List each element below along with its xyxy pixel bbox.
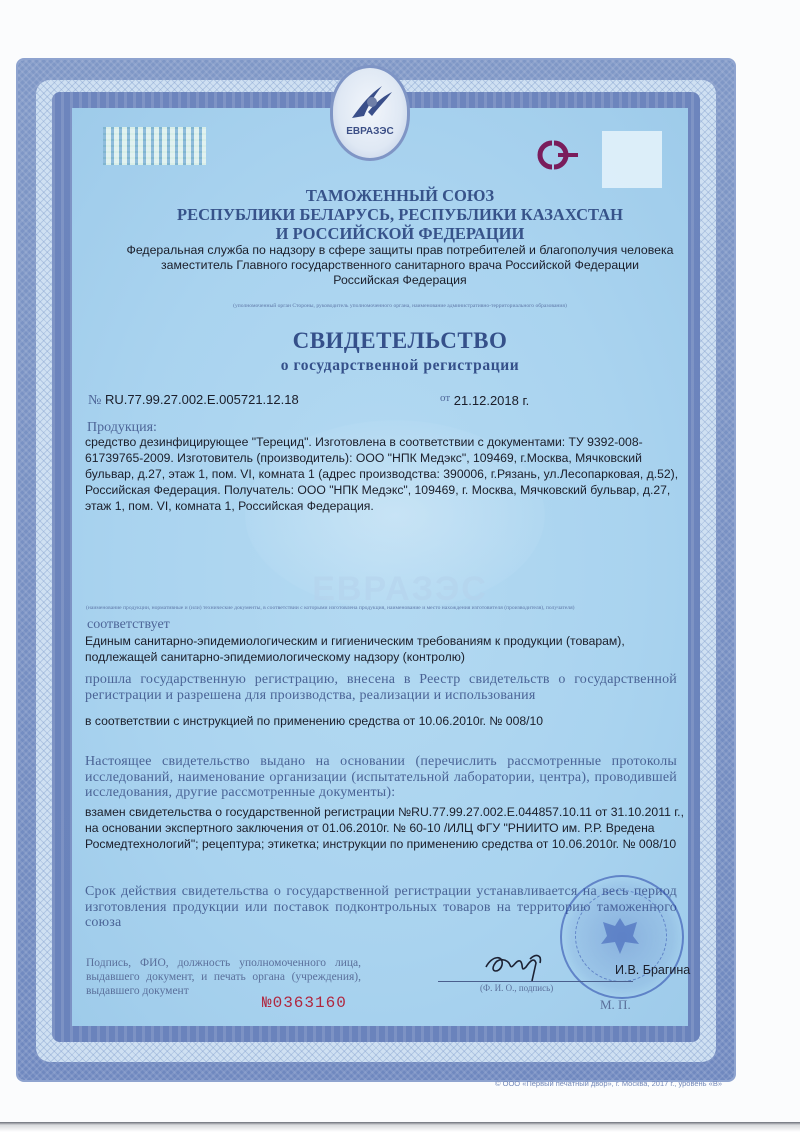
registration-date: от 21.12.2018 г. — [440, 392, 529, 408]
authority-line-3: Российская Федерация — [100, 273, 700, 289]
authority-line-2: заместитель Главного государственного са… — [100, 258, 700, 274]
coat-of-arms-icon — [595, 912, 645, 958]
basis-label: Настоящее свидетельство выдано на основа… — [85, 754, 677, 801]
product-description: средство дезинфицирующее "Терецид". Изго… — [85, 434, 690, 514]
blank-security-field — [602, 131, 662, 188]
watermark-label: ЕВРАЗЭС — [300, 570, 500, 609]
header-line-3: И РОССИЙСКОЙ ФЕДЕРАЦИИ — [100, 224, 700, 243]
header-line-1: ТАМОЖЕННЫЙ СОЮЗ — [100, 186, 700, 205]
registration-date-value: 21.12.2018 г. — [454, 393, 529, 408]
product-caption: (наименование продукции, нормативные и (… — [86, 605, 686, 611]
form-serial-number: №0363160 — [262, 994, 347, 1012]
basis-text: взамен свидетельства о государственной р… — [85, 804, 690, 852]
page-edge — [0, 1122, 800, 1132]
registry-instruction: в соответствии с инструкцией по применен… — [85, 713, 690, 729]
signature-label: Подпись, ФИО, должность уполномоченного … — [86, 956, 361, 998]
printer-imprint: © ООО «Первый печатный двор», г. Москва,… — [495, 1079, 722, 1088]
registration-number: № RU.77.99.27.002.E.005721.12.18 — [88, 392, 299, 409]
authority-line-1: Федеральная служба по надзору в сфере за… — [100, 243, 700, 259]
registration-number-value: RU.77.99.27.002.E.005721.12.18 — [105, 392, 299, 407]
authority-caption: (уполномоченный орган Стороны, руководит… — [100, 303, 700, 309]
date-prefix: от — [440, 392, 450, 404]
handwritten-signature-icon — [480, 945, 560, 985]
conformity-mark-icon — [528, 135, 588, 175]
header-line-2: РЕСПУБЛИКИ БЕЛАРУСЬ, РЕСПУБЛИКИ КАЗАХСТА… — [100, 205, 700, 224]
signature-caption: (Ф. И. О., подпись) — [480, 983, 553, 993]
document-title: СВИДЕТЕЛЬСТВО — [100, 328, 700, 354]
hologram-icon — [103, 127, 206, 165]
emblem-label: ЕВРАЗЭС — [330, 126, 410, 137]
emblem-swoosh-icon — [348, 82, 394, 122]
conformity-label: соответствует — [87, 617, 170, 633]
conformity-text: Единым санитарно-эпидемиологическим и ги… — [85, 633, 690, 665]
registry-text: прошла государственную регистрацию, внес… — [85, 672, 677, 703]
seal-place-label: М. П. — [600, 997, 631, 1013]
signatory-name: И.В. Брагина — [615, 963, 690, 977]
signature-line — [438, 981, 633, 982]
document-subtitle: о государственной регистрации — [100, 357, 700, 375]
number-prefix: № — [88, 393, 101, 408]
